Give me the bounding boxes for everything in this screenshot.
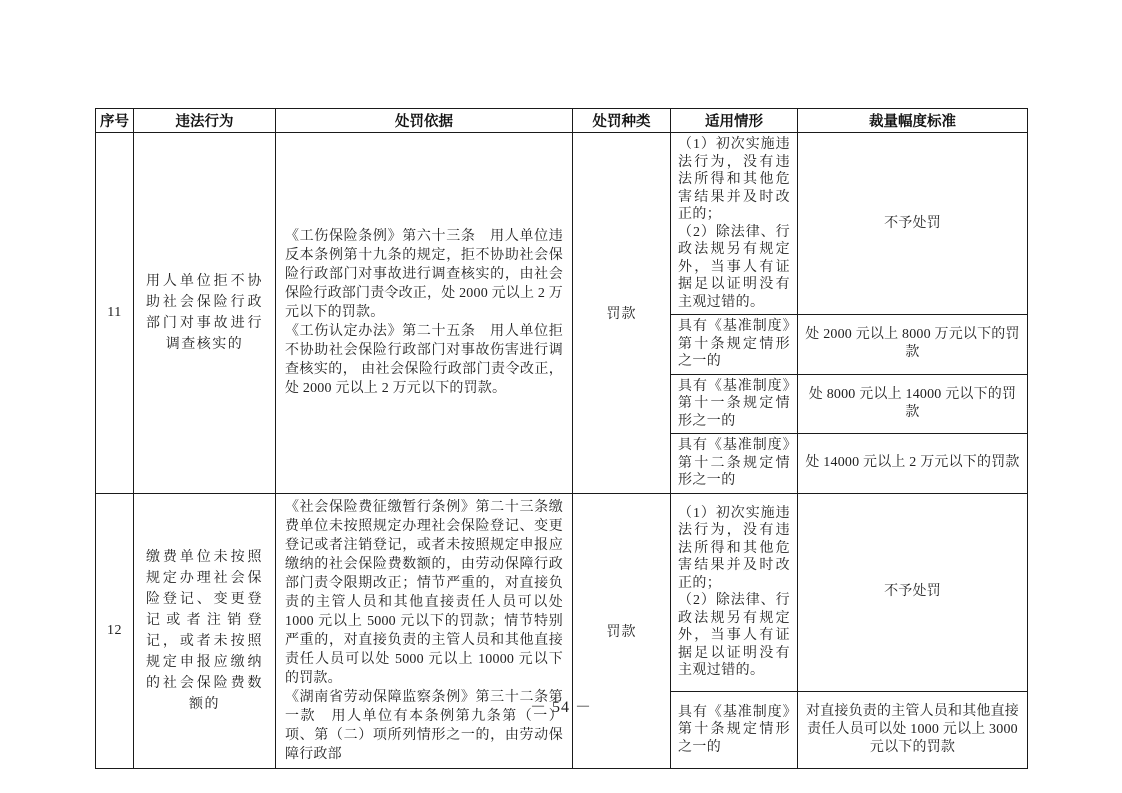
- standard-cell: 处 14000 元以上 2 万元以下的罚款: [798, 434, 1028, 494]
- situation-cell: （1）初次实施违法行为，没有违法所得和其他危害结果并及时改正的； （2）除法律、…: [671, 493, 798, 692]
- table-row: 11 用人单位拒不协助社会保险行政部门对事故进行调查核实的 《工伤保险条例》第六…: [96, 133, 1028, 315]
- header-discretion-standard: 裁量幅度标准: [798, 109, 1028, 133]
- standard-cell: 处 8000 元以上 14000 元以下的罚款: [798, 374, 1028, 434]
- standard-cell: 不予处罚: [798, 493, 1028, 692]
- penalty-type-cell: 罚款: [573, 133, 671, 494]
- illegal-behavior-cell: 缴费单位未按照规定办理社会保险登记、变更登记或者注销登记，或者未按照规定申报应缴…: [134, 493, 276, 768]
- table-row: 12 缴费单位未按照规定办理社会保险登记、变更登记或者注销登记，或者未按照规定申…: [96, 493, 1028, 692]
- header-penalty-type: 处罚种类: [573, 109, 671, 133]
- situation-cell: 具有《基准制度》第十条规定情形之一的: [671, 315, 798, 375]
- header-penalty-basis: 处罚依据: [276, 109, 573, 133]
- situation-cell: （1）初次实施违法行为，没有违法所得和其他危害结果并及时改正的； （2）除法律、…: [671, 133, 798, 315]
- situation-cell: 具有《基准制度》第十一条规定情形之一的: [671, 374, 798, 434]
- penalty-type-cell: 罚款: [573, 493, 671, 768]
- standard-cell: 不予处罚: [798, 133, 1028, 315]
- situation-cell: 具有《基准制度》第十二条规定情形之一的: [671, 434, 798, 494]
- standard-cell: 处 2000 元以上 8000 万元以下的罚款: [798, 315, 1028, 375]
- header-serial-number: 序号: [96, 109, 134, 133]
- penalty-discretion-table: 序号 违法行为 处罚依据 处罚种类 适用情形 裁量幅度标准 11 用人单位拒不协…: [95, 108, 1028, 769]
- table-header-row: 序号 违法行为 处罚依据 处罚种类 适用情形 裁量幅度标准: [96, 109, 1028, 133]
- header-illegal-behavior: 违法行为: [134, 109, 276, 133]
- serial-number-cell: 12: [96, 493, 134, 768]
- serial-number-cell: 11: [96, 133, 134, 494]
- page-number: － 54 －: [0, 694, 1122, 717]
- header-applicable-situation: 适用情形: [671, 109, 798, 133]
- penalty-basis-cell: 《工伤保险条例》第六十三条 用人单位违反本条例第十九条的规定，拒不协助社会保险行…: [276, 133, 573, 494]
- illegal-behavior-cell: 用人单位拒不协助社会保险行政部门对事故进行调查核实的: [134, 133, 276, 494]
- penalty-basis-cell: 《社会保险费征缴暂行条例》第二十三条缴费单位未按照规定办理社会保险登记、变更登记…: [276, 493, 573, 768]
